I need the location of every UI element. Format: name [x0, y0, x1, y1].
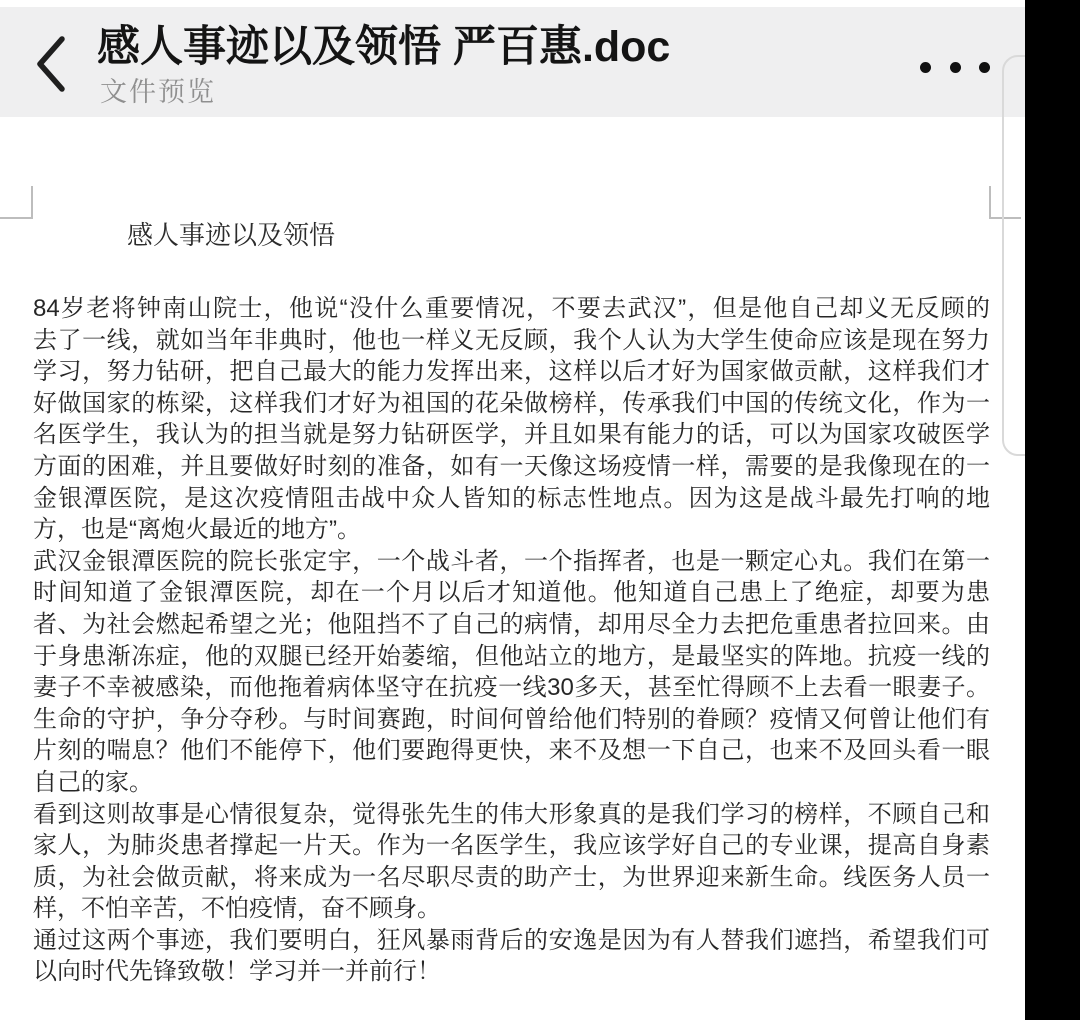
- document-content: 感人事迹以及领悟 84岁老将钟南山院士，他说“没什么重要情况，不要去武汉”，但是…: [33, 219, 990, 988]
- file-preview-label: 文件预览: [100, 70, 216, 109]
- more-options-button[interactable]: [920, 47, 990, 87]
- text-boundary-mark: [989, 186, 991, 219]
- file-title: 感人事迹以及领悟 严百惠.doc: [97, 13, 957, 74]
- ellipsis-icon: [920, 62, 931, 73]
- document-text-line: 家人，为肺炎患者撑起一片天。作为一名医学生，我应该学好自己的专业课，提高自身素: [33, 830, 990, 862]
- document-text-line: 以向时代先锋致敬！学习并一并前行！: [33, 956, 990, 988]
- document-text-line: 武汉金银潭医院的院长张定宇，一个战斗者，一个指挥者，也是一颗定心丸。我们在第一: [33, 546, 990, 578]
- back-button[interactable]: [28, 31, 72, 97]
- screen-edge-black-strip: [1025, 0, 1080, 1020]
- document-preview-area[interactable]: 感人事迹以及领悟 84岁老将钟南山院士，他说“没什么重要情况，不要去武汉”，但是…: [0, 117, 1025, 1020]
- document-body: 84岁老将钟南山院士，他说“没什么重要情况，不要去武汉”，但是他自己却义无反顾的…: [33, 293, 990, 988]
- status-bar-gap: [0, 0, 1025, 7]
- document-text-line: 84岁老将钟南山院士，他说“没什么重要情况，不要去武汉”，但是他自己却义无反顾的: [33, 293, 990, 325]
- document-text-line: 通过这两个事迹，我们要明白，狂风暴雨背后的安逸是因为有人替我们遮挡，希望我们可: [33, 925, 990, 957]
- document-text-line: 去了一线，就如当年非典时，他也一样义无反顾，我个人认为大学生使命应该是现在努力: [33, 325, 990, 357]
- document-text-line: 看到这则故事是心情很复杂，觉得张先生的伟大形象真的是我们学习的榜样，不顾自己和: [33, 799, 990, 831]
- document-text-line: 自己的家。: [33, 767, 990, 799]
- text-boundary-mark: [31, 186, 33, 219]
- document-text-line: 质，为社会做贡献，将来成为一名尽职尽责的助产士，为世界迎来新生命。线医务人员一: [33, 862, 990, 894]
- ellipsis-icon: [979, 62, 990, 73]
- document-text-line: 时间知道了金银潭医院，却在一个月以后才知道他。他知道自己患上了绝症，却要为患: [33, 577, 990, 609]
- document-text-line: 好做国家的栋梁，这样我们才好为祖国的花朵做榜样，传承我们中国的传统文化，作为一: [33, 388, 990, 420]
- document-text-line: 金银潭医院，是这次疫情阻击战中众人皆知的标志性地点。因为这是战斗最先打响的地: [33, 483, 990, 515]
- document-text-line: 方面的困难，并且要做好时刻的准备，如有一天像这场疫情一样，需要的是我像现在的一: [33, 451, 990, 483]
- document-text-line: 于身患渐冻症，他的双腿已经开始萎缩，但他站立的地方，是最坚实的阵地。抗疫一线的: [33, 641, 990, 673]
- document-title: 感人事迹以及领悟: [33, 219, 990, 251]
- document-text-line: 样，不怕辛苦，不怕疫情，奋不顾身。: [33, 893, 990, 925]
- document-text-line: 妻子不幸被感染，而他拖着病体坚守在抗疫一线30多天，甚至忙得顾不上去看一眼妻子。: [33, 672, 990, 704]
- ellipsis-icon: [950, 62, 961, 73]
- text-boundary-mark: [0, 217, 33, 219]
- chevron-left-icon: [28, 31, 72, 97]
- document-text-line: 片刻的喘息？他们不能停下，他们要跑得更快，来不及想一下自己，也来不及回头看一眼: [33, 735, 990, 767]
- document-text-line: 名医学生，我认为的担当就是努力钻研医学，并且如果有能力的话，可以为国家攻破医学: [33, 419, 990, 451]
- file-preview-header: 感人事迹以及领悟 严百惠.doc 文件预览: [0, 7, 1025, 117]
- document-text-line: 者、为社会燃起希望之光；他阻挡不了自己的病情，却用尽全力去把危重患者拉回来。由: [33, 609, 990, 641]
- document-text-line: 方，也是“离炮火最近的地方”。: [33, 514, 990, 546]
- document-text-line: 学习，努力钻研，把自己最大的能力发挥出来，这样以后才好为国家做贡献，这样我们才: [33, 356, 990, 388]
- document-text-line: 生命的守护，争分夺秒。与时间赛跑，时间何曾给他们特别的眷顾？疫情又何曾让他们有: [33, 704, 990, 736]
